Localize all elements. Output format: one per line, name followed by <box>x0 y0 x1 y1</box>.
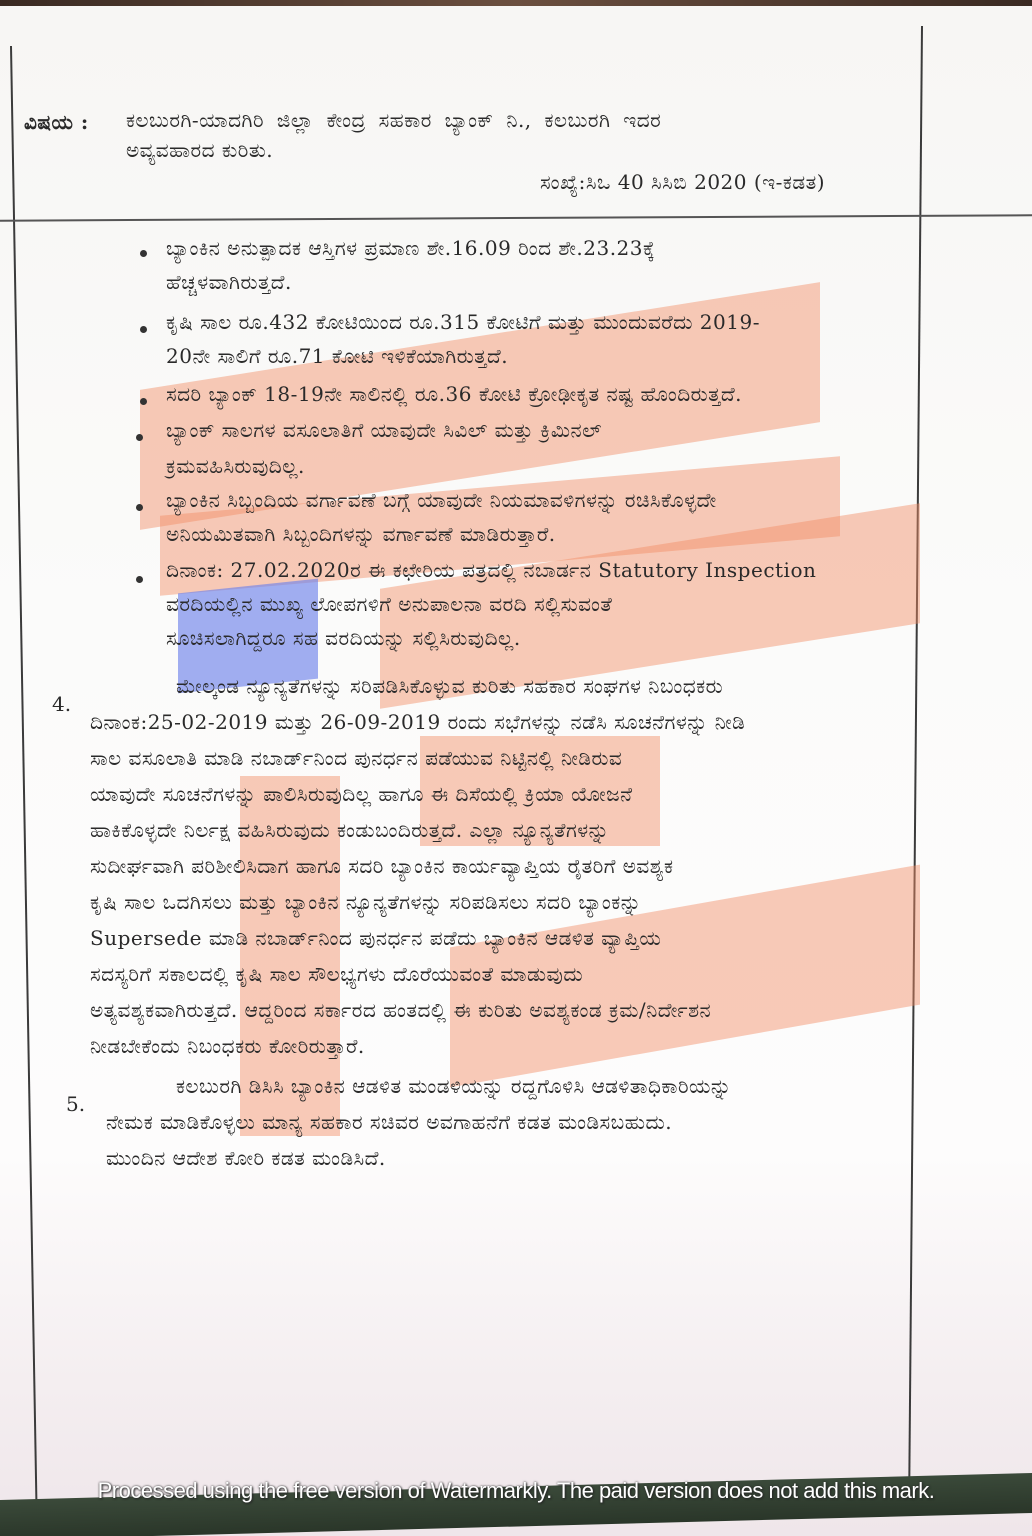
bullet-6-line-2: ವರದಿಯಲ್ಲಿನ ಮುಖ್ಯ ಲೋಪಗಳಿಗೆ ಅನುಪಾಲನಾ ವರದಿ … <box>166 592 612 616</box>
watermark-text: Processed using the free version of Wate… <box>0 1478 1032 1504</box>
bullet-icon <box>140 398 147 405</box>
bullet-6-line-1: ದಿನಾಂಕ: 27.02.2020ರ ಈ ಕಛೇರಿಯ ಪತ್ರದಲ್ಲಿ ನ… <box>166 558 816 582</box>
bullet-icon <box>140 326 147 333</box>
subject-line-2: ಅವ್ಯವಹಾರದ ಕುರಿತು. <box>126 138 273 162</box>
margin-line-left <box>10 46 37 1516</box>
para-4-line-5: ಹಾಕಿಕೊಳ್ಳದೇ ನಿರ್ಲಕ್ಷ ವಹಿಸಿರುವುದು ಕಂಡುಬಂದ… <box>90 818 609 842</box>
para-5-line-3: ಮುಂದಿನ ಆದೇಶ ಕೋರಿ ಕಡತ ಮಂಡಿಸಿದೆ. <box>106 1146 386 1170</box>
bullet-5-line-2: ಅನಿಯಮಿತವಾಗಿ ಸಿಬ್ಬಂದಿಗಳನ್ನು ವರ್ಗಾವಣೆ ಮಾಡಿ… <box>166 522 556 546</box>
paragraph-number: 4. <box>52 692 71 716</box>
bullet-icon <box>136 576 143 583</box>
para-5-line-1: ಕಲಬುರಗಿ ಡಿಸಿಸಿ ಬ್ಯಾಂಕಿನ ಆಡಳಿತ ಮಂಡಳಿಯನ್ನು… <box>176 1074 732 1098</box>
bullet-6-line-3: ಸೂಚಿಸಲಾಗಿದ್ದರೂ ಸಹ ವರದಿಯನ್ನು ಸಲ್ಲಿಸಿರುವುದ… <box>166 626 521 650</box>
bullet-2-line-1: ಕೃಷಿ ಸಾಲ ರೂ.432 ಕೋಟಿಯಿಂದ ರೂ.315 ಕೋಟಿಗೆ ಮ… <box>166 310 760 334</box>
para-4-line-1: ಮೇಲ್ಕಂಡ ನ್ಯೂನ್ಯತೆಗಳನ್ನು ಸರಿಪಡಿಸಿಕೊಳ್ಳುವ … <box>176 674 723 698</box>
para-4-line-4: ಯಾವುದೇ ಸೂಚನೆಗಳನ್ನು ಪಾಲಿಸಿರುವುದಿಲ್ಲ ಹಾಗೂ … <box>90 782 633 806</box>
para-5-line-2: ನೇಮಕ ಮಾಡಿಕೊಳ್ಳಲು ಮಾನ್ಯ ಸಹಕಾರ ಸಚಿವರ ಅವಗಾಹ… <box>106 1110 672 1134</box>
para-4-line-8: Supersede ಮಾಡಿ ನಬಾರ್ಡ್‌ನಿಂದ ಪುನರ್ಧನ ಪಡೆದ… <box>90 926 661 950</box>
bullet-icon <box>136 434 143 441</box>
para-4-line-11: ನೀಡಬೇಕೆಂದು ನಿಬಂಧಕರು ಕೋರಿರುತ್ತಾರೆ. <box>90 1034 365 1058</box>
bullet-1-line-2: ಹೆಚ್ಚಳವಾಗಿರುತ್ತದೆ. <box>166 270 292 294</box>
bullet-1-line-1: ಬ್ಯಾಂಕಿನ ಅನುತ್ಪಾದಕ ಆಸ್ತಿಗಳ ಪ್ರಮಾಣ ಶೇ.16.… <box>166 236 916 260</box>
para-4-line-9: ಸದಸ್ಯರಿಗೆ ಸಕಾಲದಲ್ಲಿ ಕೃಷಿ ಸಾಲ ಸೌಲಭ್ಯಗಳು ದ… <box>90 962 583 986</box>
bullet-4-line-1: ಬ್ಯಾಂಕ್ ಸಾಲಗಳ ವಸೂಲಾತಿಗೆ ಯಾವುದೇ ಸಿವಿಲ್ ಮತ… <box>166 418 602 442</box>
para-4-line-2: ದಿನಾಂಕ:25-02-2019 ಮತ್ತು 26-09-2019 ರಂದು … <box>90 710 745 734</box>
header-divider <box>0 214 1032 221</box>
bullet-5-line-1: ಬ್ಯಾಂಕಿನ ಸಿಬ್ಬಂದಿಯ ವರ್ಗಾವಣೆ ಬಗ್ಗೆ ಯಾವುದೇ… <box>166 488 717 512</box>
subject-label: ವಿಷಯ : <box>24 110 89 134</box>
para-4-line-10: ಅತ್ಯವಶ್ಯಕವಾಗಿರುತ್ತದೆ. ಆದ್ದರಿಂದ ಸರ್ಕಾರದ ಹ… <box>90 998 711 1022</box>
document-page: ವಿಷಯ : ಕಲಬುರಗಿ-ಯಾದಗಿರಿ ಜಿಲ್ಲಾ ಕೇಂದ್ರ ಸಹಕ… <box>0 6 1032 1536</box>
file-reference: ಸಂಖ್ಯೆ:ಸಿಒ 40 ಸಿಸಿಬಿ 2020 (ಇ-ಕಡತ) <box>540 170 825 194</box>
paragraph-number: 5. <box>66 1092 85 1116</box>
bullet-2-line-2: 20ನೇ ಸಾಲಿಗೆ ರೂ.71 ಕೋಟಿ ಇಳಿಕೆಯಾಗಿರುತ್ತದೆ. <box>166 344 508 368</box>
para-4-line-7: ಕೃಷಿ ಸಾಲ ಒದಗಿಸಲು ಮತ್ತು ಬ್ಯಾಂಕಿನ ನ್ಯೂನ್ಯತ… <box>90 890 641 914</box>
para-4-line-3: ಸಾಲ ವಸೂಲಾತಿ ಮಾಡಿ ನಬಾರ್ಡ್‌ನಿಂದ ಪುನರ್ಧನ ಪಡ… <box>90 746 622 770</box>
para-4-line-6: ಸುದೀರ್ಘವಾಗಿ ಪರಿಶೀಲಿಸಿದಾಗ ಹಾಗೂ ಸದರಿ ಬ್ಯಾಂ… <box>90 854 673 878</box>
subject-line-1: ಕಲಬುರಗಿ-ಯಾದಗಿರಿ ಜಿಲ್ಲಾ ಕೇಂದ್ರ ಸಹಕಾರ ಬ್ಯಾ… <box>126 108 661 132</box>
bullet-4-line-2: ಕ್ರಮವಹಿಸಿರುವುದಿಲ್ಲ. <box>166 454 305 478</box>
bullet-3-line-1: ಸದರಿ ಬ್ಯಾಂಕ್ 18-19ನೇ ಸಾಲಿನಲ್ಲಿ ರೂ.36 ಕೋಟ… <box>166 382 742 406</box>
bullet-icon <box>136 504 143 511</box>
bullet-icon <box>140 250 147 257</box>
